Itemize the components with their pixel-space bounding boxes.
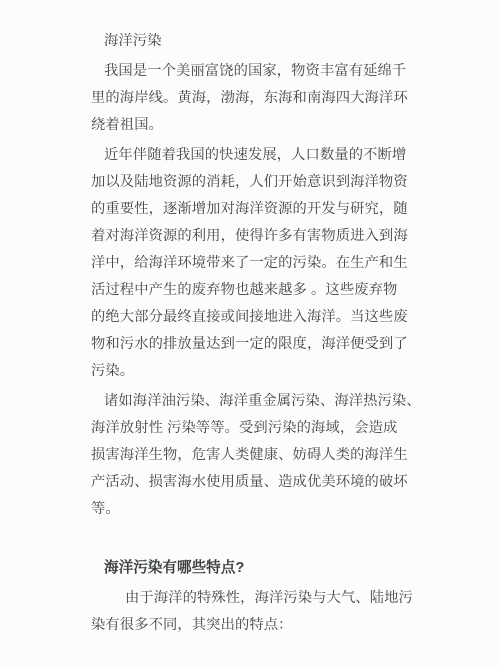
paragraph-characteristics-intro: 由于海洋的特殊性，海洋污染与大气、陆地污 染有很多不同，其突出的特点：: [91, 585, 500, 639]
text-line: 近年伴随着我国的快速发展，人口数量的不断增: [91, 142, 500, 169]
text-line: 由于海洋的特殊性，海洋污染与大气、陆地污: [91, 585, 500, 612]
text-line: 加以及陆地资源的消耗，人们开始意识到海洋物资: [91, 169, 500, 196]
text-line: 绕着祖国。: [91, 112, 500, 139]
section-heading-characteristics: 海洋污染有哪些特点?: [91, 555, 500, 582]
text-line: 的绝大部分最终直接或间接地进入海洋。当这些废: [91, 304, 500, 331]
text-line: 着对海洋资源的利用，使得许多有害物质进入到海: [91, 223, 500, 250]
text-line: 物和污水的排放量达到一定的限度，海洋便受到了: [91, 331, 500, 358]
text-line: 染有很多不同，其突出的特点：: [91, 612, 500, 639]
article-title: 海洋污染: [91, 28, 500, 55]
article-page: 海洋污染 我国是一个美丽富饶的国家，物资丰富有延绵千 里的海岸线。黄海，渤海，东…: [0, 0, 500, 667]
text-line: 海洋放射性 污染等等。受到污染的海域，会造成: [91, 415, 500, 442]
paragraph-intro: 我国是一个美丽富饶的国家，物资丰富有延绵千 里的海岸线。黄海，渤海，东海和南海四…: [91, 58, 500, 139]
text-line: 里的海岸线。黄海，渤海，东海和南海四大海洋环: [91, 85, 500, 112]
text-line: 诸如海洋油污染、海洋重金属污染、海洋热污染、: [91, 388, 500, 415]
text-line: 产活动、损害海水使用质量、造成优美环境的破坏: [91, 469, 500, 496]
paragraph-pollution-types: 诸如海洋油污染、海洋重金属污染、海洋热污染、 海洋放射性 污染等等。受到污染的海…: [91, 388, 500, 523]
text-line: 的重要性，逐渐增加对海洋资源的开发与研究，随: [91, 196, 500, 223]
text-line: 损害海洋生物，危害人类健康、妨碍人类的海洋生: [91, 442, 500, 469]
text-line: 污染。: [91, 358, 500, 385]
paragraph-development: 近年伴随着我国的快速发展，人口数量的不断增 加以及陆地资源的消耗，人们开始意识到…: [91, 142, 500, 385]
text-line: 活过程中产生的废弃物也越来越多 。这些废弃物: [91, 277, 500, 304]
text-line: 洋中，给海洋环境带来了一定的污染。在生产和生: [91, 250, 500, 277]
text-line: 我国是一个美丽富饶的国家，物资丰富有延绵千: [91, 58, 500, 85]
text-line: 等。: [91, 496, 500, 523]
